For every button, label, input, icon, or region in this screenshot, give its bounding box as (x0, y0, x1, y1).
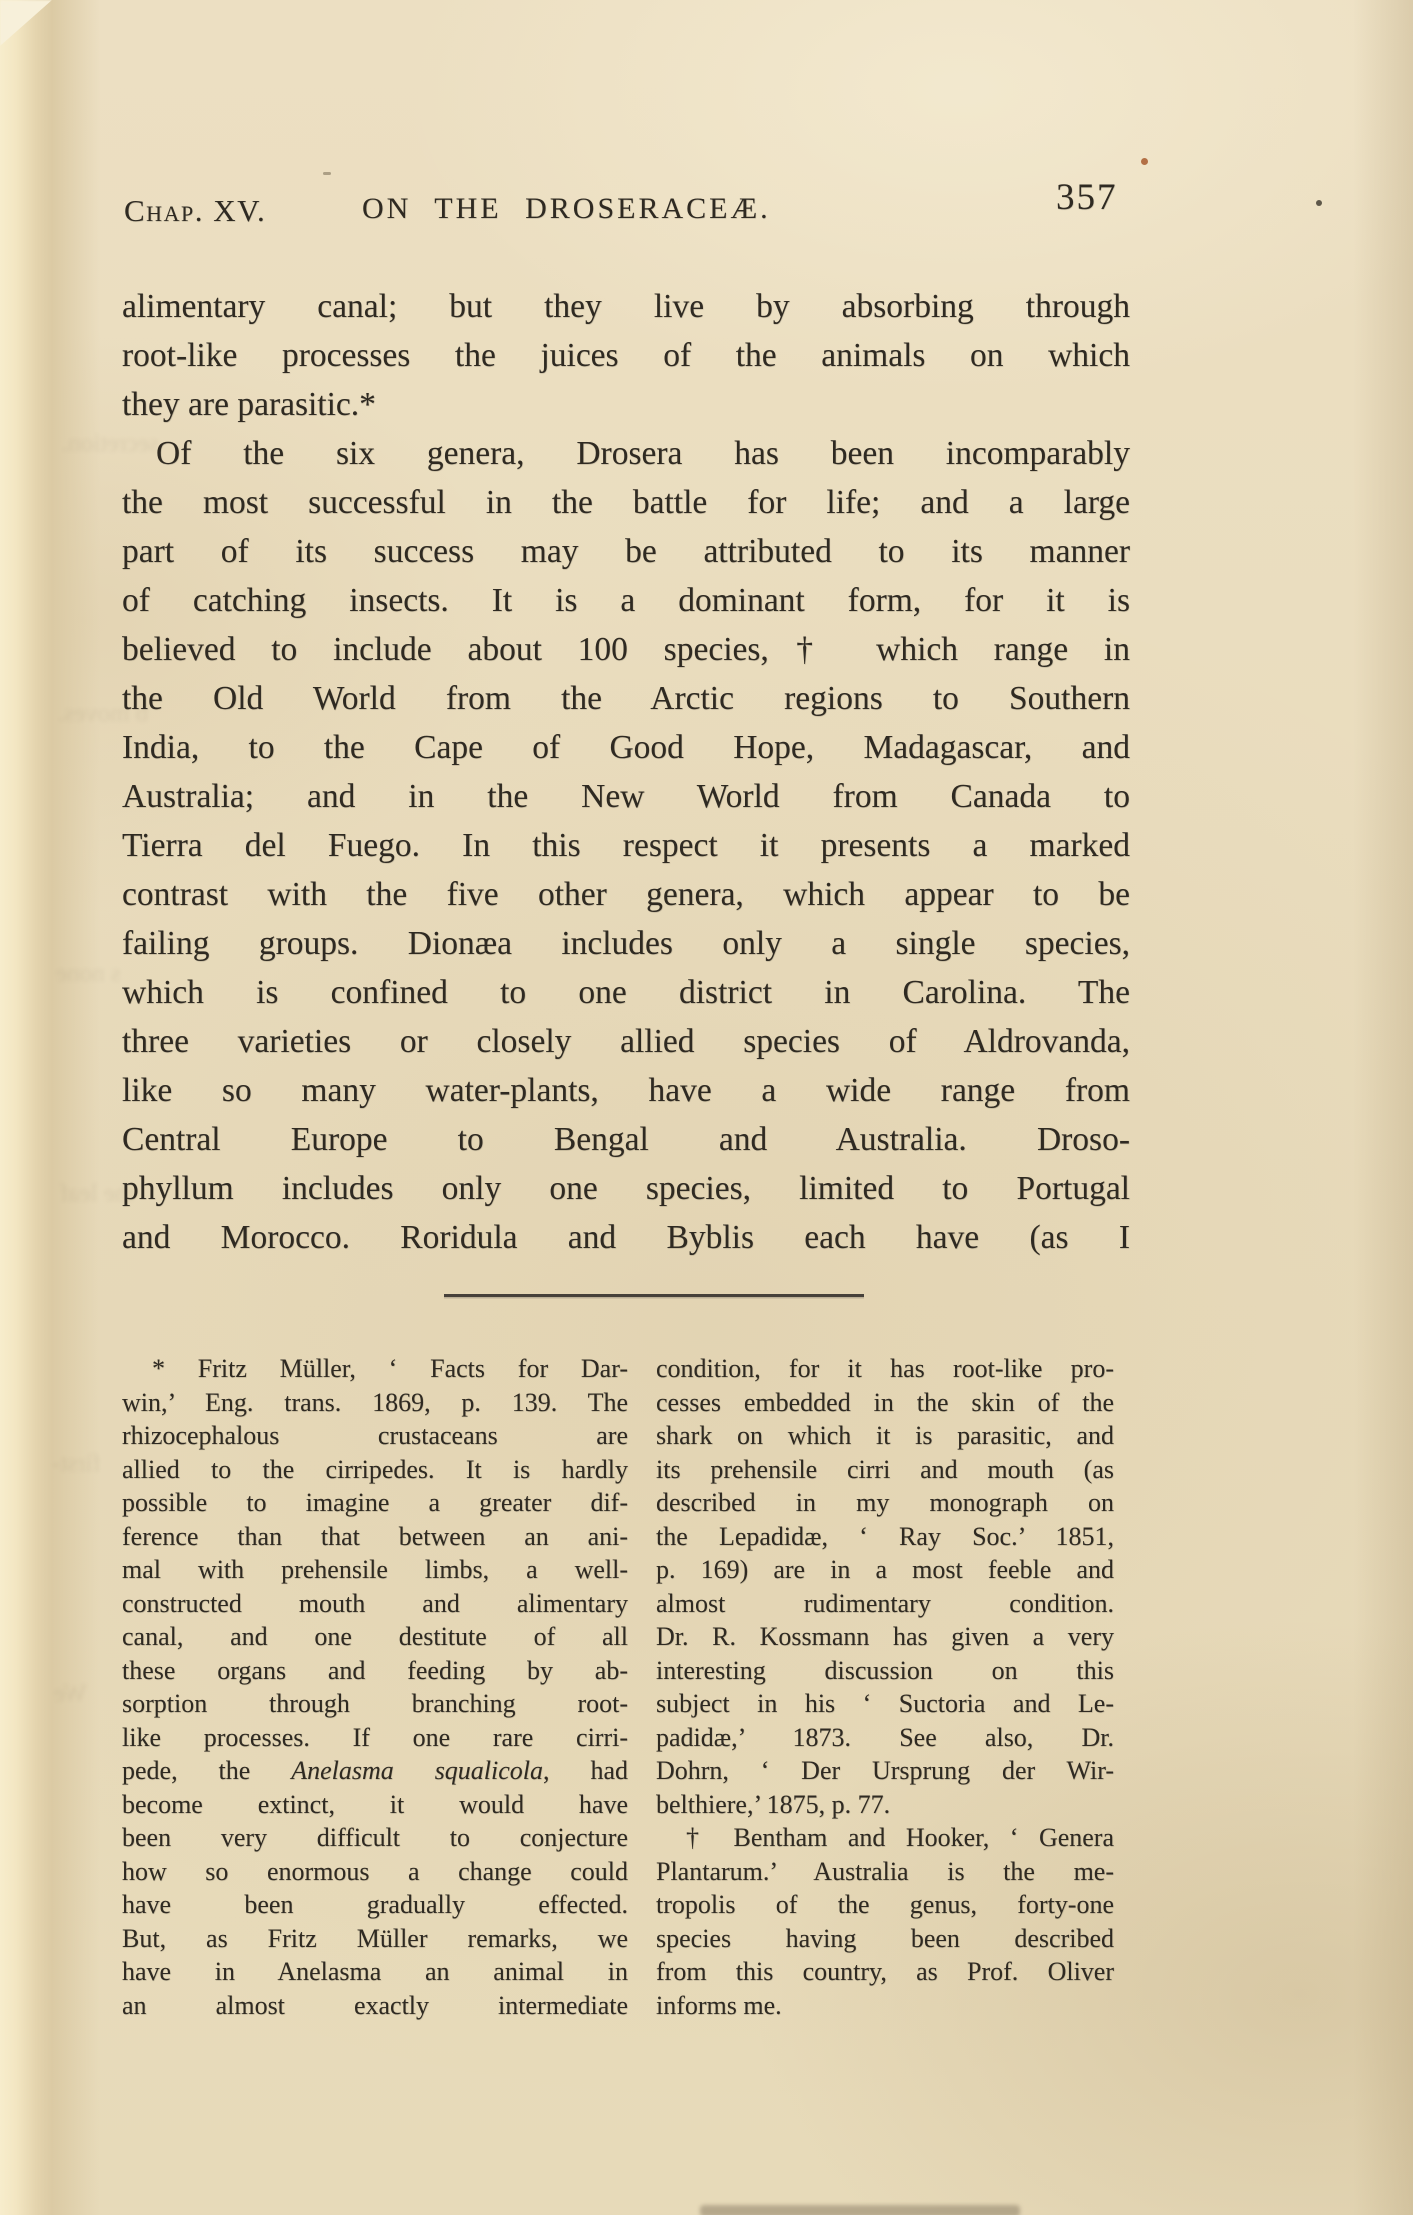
footnote-line: have been gradually effected. (122, 1888, 628, 1922)
footnote-line: how so enormous a change could (122, 1855, 628, 1889)
paper-speck (1316, 200, 1322, 206)
footnote-line: * Fritz Müller, ‘ Facts for Dar- (122, 1352, 628, 1386)
bleed-through-ghost: We (54, 1680, 87, 1708)
body-line: believed to include about 100 species,† … (122, 625, 1130, 674)
body-line: three varieties or closely allied specie… (122, 1017, 1130, 1066)
footnote-line: ference than that between an ani- (122, 1520, 628, 1554)
footnote-line: cesses embedded in the skin of the (656, 1386, 1114, 1420)
body-line: phyllum includes only one species, limit… (122, 1164, 1130, 1213)
footnote-line: condition, for it has root-like pro- (656, 1352, 1114, 1386)
footnote-line: been very difficult to conjecture (122, 1821, 628, 1855)
footnote-line: described in my monograph on (656, 1486, 1114, 1520)
body-line: of catching insects. It is a dominant fo… (122, 576, 1130, 625)
body-line: they are parasitic.* (122, 380, 1130, 429)
body-text-block: alimentary canal; but they live by absor… (122, 282, 1130, 1262)
footnote-line: these organs and feeding by ab- (122, 1654, 628, 1688)
footnote-column-right: condition, for it has root-like pro-cess… (656, 1352, 1114, 2022)
body-line: Of the six genera, Drosera has been inco… (122, 429, 1130, 478)
footnote-divider (444, 1294, 864, 1297)
footnote-line: possible to imagine a greater dif- (122, 1486, 628, 1520)
body-line: Tierra del Fuego. In this respect it pre… (122, 821, 1130, 870)
body-line: root-like processes the juices of the an… (122, 331, 1130, 380)
footnote-line: have in Anelasma an animal in (122, 1955, 628, 1989)
body-line: like so many water-plants, have a wide r… (122, 1066, 1130, 1115)
footnote-line: informs me. (656, 1989, 1114, 2023)
footnote-line: sorption through branching root- (122, 1687, 628, 1721)
body-line: alimentary canal; but they live by absor… (122, 282, 1130, 331)
running-title: ON THE DROSERACEÆ. (362, 192, 771, 226)
book-page: secretion. b moves. s none the leaf firs… (0, 0, 1413, 2215)
footnote-line: species having been described (656, 1922, 1114, 1956)
footnote-line: win,’ Eng. trans. 1869, p. 139. The (122, 1386, 628, 1420)
next-page-shadow (700, 2205, 1020, 2215)
footnote-line: from this country, as Prof. Oliver (656, 1955, 1114, 1989)
footnote-line: But, as Fritz Müller remarks, we (122, 1922, 628, 1956)
footnote-line: Dr. R. Kossmann has given a very (656, 1620, 1114, 1654)
body-line: contrast with the five other genera, whi… (122, 870, 1130, 919)
body-line: the Old World from the Arctic regions to… (122, 674, 1130, 723)
footnote-line: an almost exactly intermediate (122, 1989, 628, 2023)
paper-speck (323, 172, 331, 175)
footnote-line: constructed mouth and alimentary (122, 1587, 628, 1621)
footnote-line: rhizocephalous crustaceans are (122, 1419, 628, 1453)
page-corner-highlight (0, 0, 52, 46)
footnote-line: shark on which it is parasitic, and (656, 1419, 1114, 1453)
footnote-line: Dohrn, ‘ Der Ursprung der Wir- (656, 1754, 1114, 1788)
page-number: 357 (1056, 176, 1118, 219)
footnote-line: † Bentham and Hooker, ‘ Genera (656, 1821, 1114, 1855)
footnote-line: padidæ,’ 1873. See also, Dr. (656, 1721, 1114, 1755)
body-line: India, to the Cape of Good Hope, Madagas… (122, 723, 1130, 772)
body-line: part of its success may be attributed to… (122, 527, 1130, 576)
body-line: which is confined to one district in Car… (122, 968, 1130, 1017)
footnote-line: Plantarum.’ Australia is the me- (656, 1855, 1114, 1889)
footnote-line: belthiere,’ 1875, p. 77. (656, 1788, 1114, 1822)
footnote-column-left: * Fritz Müller, ‘ Facts for Dar-win,’ En… (122, 1352, 628, 2022)
footnote-line: its prehensile cirri and mouth (as (656, 1453, 1114, 1487)
footnote-line: tropolis of the genus, forty-one (656, 1888, 1114, 1922)
bleed-through-ghost: s none (56, 960, 121, 988)
page-left-edge-shading (0, 0, 100, 2215)
footnote-line: subject in his ‘ Suctoria and Le- (656, 1687, 1114, 1721)
footnote-line: canal, and one destitute of all (122, 1620, 628, 1654)
body-line: Australia; and in the New World from Can… (122, 772, 1130, 821)
footnote-line: the Lepadidæ, ‘ Ray Soc.’ 1851, (656, 1520, 1114, 1554)
paper-speck (1141, 158, 1148, 165)
body-line: the most successful in the battle for li… (122, 478, 1130, 527)
footnote-line: interesting discussion on this (656, 1654, 1114, 1688)
footnote-line: become extinct, it would have (122, 1788, 628, 1822)
footnote-line: pede, the Anelasma squalicola, had (122, 1754, 628, 1788)
footnote-line: almost rudimentary condition. (656, 1587, 1114, 1621)
footnote-line: like processes. If one rare cirri- (122, 1721, 628, 1755)
chapter-label: Chap. XV. (124, 193, 266, 229)
footnote-line: allied to the cirripedes. It is hardly (122, 1453, 628, 1487)
body-line: failing groups. Dionæa includes only a s… (122, 919, 1130, 968)
body-line: and Morocco. Roridula and Byblis each ha… (122, 1213, 1130, 1262)
bleed-through-ghost: first- (52, 1450, 101, 1478)
footnote-line: p. 169) are in a most feeble and (656, 1553, 1114, 1587)
body-line: Central Europe to Bengal and Australia. … (122, 1115, 1130, 1164)
footnote-line: mal with prehensile limbs, a well- (122, 1553, 628, 1587)
page-right-edge-shading (1353, 0, 1413, 2215)
